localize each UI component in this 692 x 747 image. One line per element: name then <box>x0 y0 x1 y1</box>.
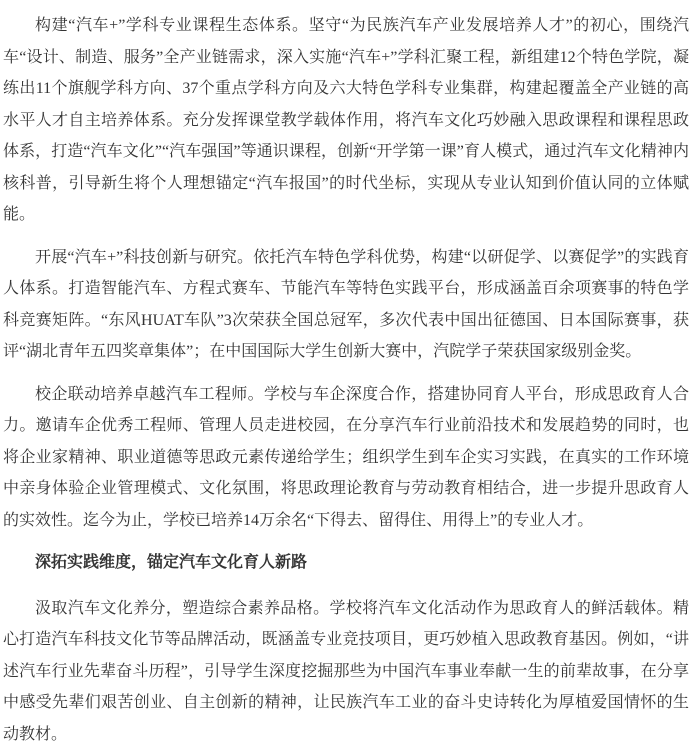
paragraph-scitech-innovation: 开展“汽车+”科技创新与研究。依托汽车特色学科优势，构建“以研促学、以赛促学”的… <box>3 242 689 368</box>
article-page: 构建“汽车+”学科专业课程生态体系。坚守“为民族汽车产业发展培养人才”的初心，围… <box>0 0 692 747</box>
section-heading-practice-dimension: 深拓实践维度，锚定汽车文化育人新路 <box>3 547 689 579</box>
paragraph-curriculum-ecosystem: 构建“汽车+”学科专业课程生态体系。坚守“为民族汽车产业发展培养人才”的初心，围… <box>3 10 689 231</box>
paragraph-automobile-culture-education: 汲取汽车文化养分，塑造综合素养品格。学校将汽车文化活动作为思政育人的鲜活载体。精… <box>3 593 689 747</box>
paragraph-school-enterprise-cooperation: 校企联动培养卓越汽车工程师。学校与车企深度合作，搭建协同育人平台，形成思政育人合… <box>3 379 689 537</box>
